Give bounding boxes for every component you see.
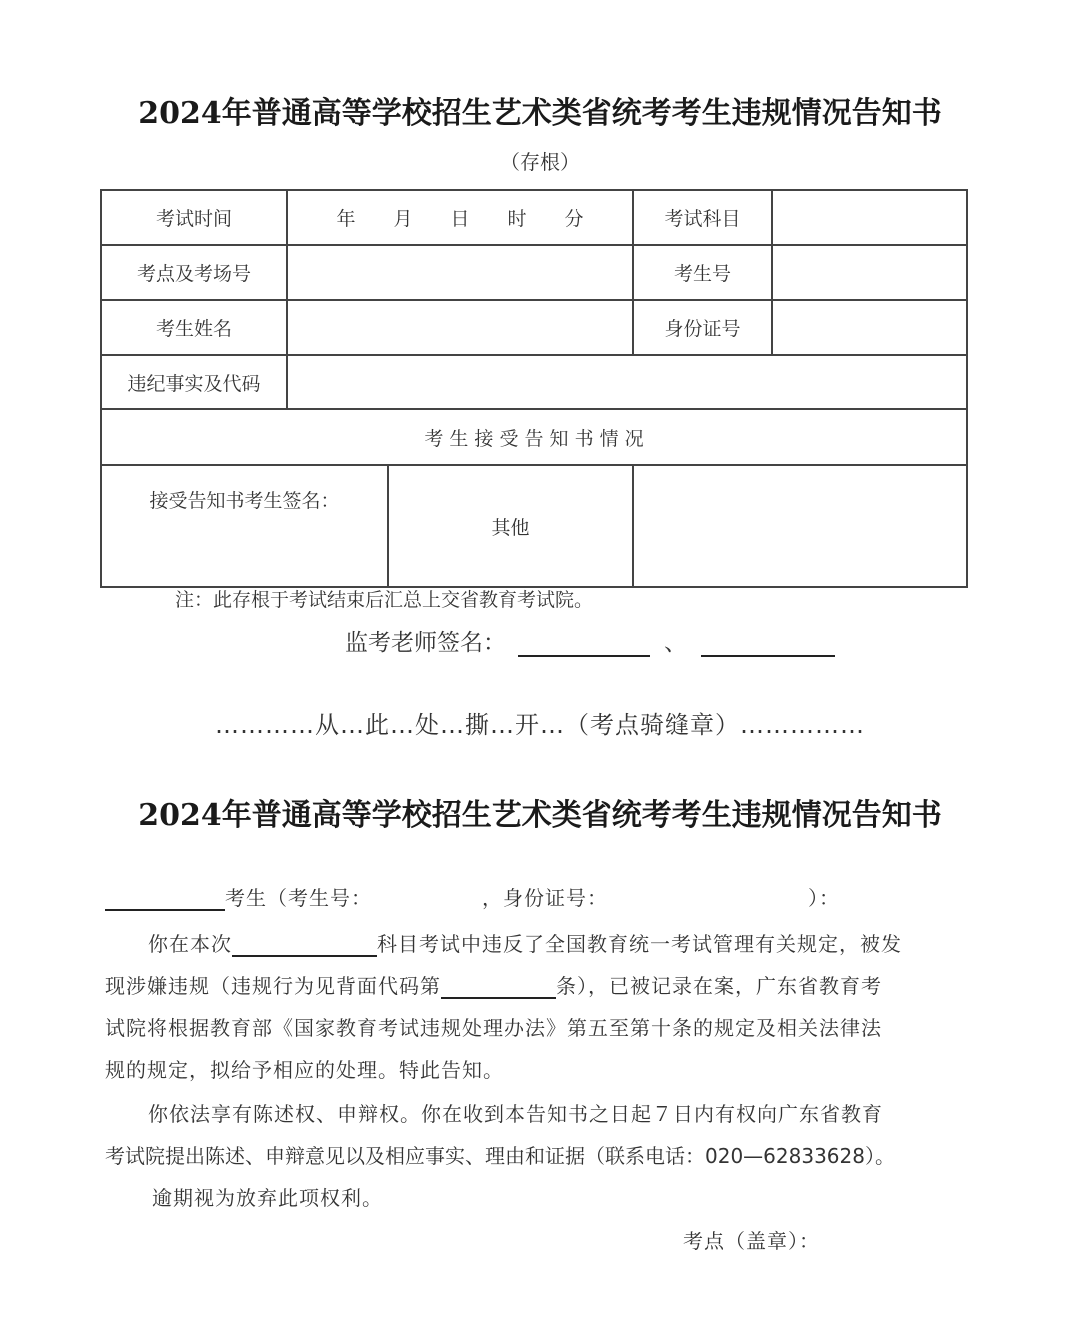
candidate-name-label: 考生姓名 bbox=[101, 300, 287, 355]
acceptance-header: 考 生 接 受 告 知 书 情 况 bbox=[101, 409, 967, 465]
exam-subject-label: 考试科目 bbox=[633, 190, 772, 245]
proctor-signature-row: 监考老师签名： 、 bbox=[345, 624, 835, 657]
candidate-name-blank[interactable] bbox=[105, 885, 225, 911]
notice-para-5: 你依法享有陈述权、申辩权。你在收到本告知书之日起７日内有权向广东省教育 bbox=[148, 1098, 883, 1127]
exam-time-label: 考试时间 bbox=[101, 190, 287, 245]
candidate-no-field[interactable] bbox=[772, 245, 967, 300]
notice-para-4: 规的规定，拟给予相应的处理。特此告知。 bbox=[105, 1054, 504, 1083]
exam-site-label: 考点及考场号 bbox=[101, 245, 287, 300]
notice-title: 2024年普通高等学校招生艺术类省统考考生违规情况告知书 bbox=[0, 790, 1080, 834]
id-no-prompt: ，身份证号： bbox=[482, 886, 608, 910]
notice-para-1: 你在本次科目考试中违反了全国教育统一考试管理有关规定，被发 bbox=[148, 928, 902, 957]
other-field[interactable] bbox=[633, 465, 967, 587]
id-no-field[interactable] bbox=[772, 300, 967, 355]
tear-line: …………从…此…处…撕…开…（考点骑缝章）…………… bbox=[100, 705, 980, 740]
p1-start: 你在本次 bbox=[148, 932, 232, 956]
violation-field[interactable] bbox=[287, 355, 967, 409]
notice-para-7: 逾期视为放弃此项权利。 bbox=[152, 1182, 383, 1211]
candidate-no-label: 考生号 bbox=[633, 245, 772, 300]
signature-field[interactable]: 接受告知书考生签名： bbox=[101, 465, 388, 587]
line1-close: ）： bbox=[808, 886, 840, 910]
signature-label: 接受告知书考生签名： bbox=[149, 490, 339, 512]
stub-subtitle: （存根） bbox=[0, 146, 1080, 175]
stub-note: 注：此存根于考试结束后汇总上交省教育考试院。 bbox=[175, 585, 593, 612]
proctor-signature-1[interactable] bbox=[518, 631, 650, 657]
notice-para-2: 现涉嫌违规（违规行为见背面代码第条），已被记录在案，广东省教育考 bbox=[105, 970, 882, 999]
notice-para-3: 试院将根据教育部《国家教育考试违规处理办法》第五至第十条的规定及相关法律法 bbox=[105, 1012, 882, 1041]
subject-blank[interactable] bbox=[232, 931, 377, 957]
notice-line-1: 考生（考生号：，身份证号：）： bbox=[105, 882, 840, 911]
notice-para-6: 考试院提出陈述、申辩意见以及相应事实、理由和证据（联系电话：020—628336… bbox=[105, 1140, 895, 1169]
violation-label: 违纪事实及代码 bbox=[101, 355, 287, 409]
stub-table: 考试时间 年 月 日 时 分 考试科目 考点及考场号 考生号 考生姓名 身份证号… bbox=[100, 189, 968, 588]
proctor-signature-2[interactable] bbox=[701, 631, 835, 657]
candidate-no-prompt: 考生（考生号： bbox=[225, 886, 372, 910]
stamp-label: 考点（盖章）： bbox=[683, 1225, 820, 1254]
other-label: 其他 bbox=[388, 465, 633, 587]
exam-site-field[interactable] bbox=[287, 245, 633, 300]
candidate-name-field[interactable] bbox=[287, 300, 633, 355]
p1-end: 科目考试中违反了全国教育统一考试管理有关规定，被发 bbox=[377, 932, 902, 956]
code-blank[interactable] bbox=[441, 973, 556, 999]
p2-end: 条），已被记录在案，广东省教育考 bbox=[556, 974, 882, 998]
stub-title: 2024年普通高等学校招生艺术类省统考考生违规情况告知书 bbox=[0, 88, 1080, 132]
p2-start: 现涉嫌违规（违规行为见背面代码第 bbox=[105, 974, 441, 998]
proctor-separator: 、 bbox=[664, 624, 687, 657]
exam-time-field[interactable]: 年 月 日 时 分 bbox=[287, 190, 633, 245]
exam-subject-field[interactable] bbox=[772, 190, 967, 245]
id-no-label: 身份证号 bbox=[633, 300, 772, 355]
proctor-label: 监考老师签名： bbox=[345, 624, 506, 657]
